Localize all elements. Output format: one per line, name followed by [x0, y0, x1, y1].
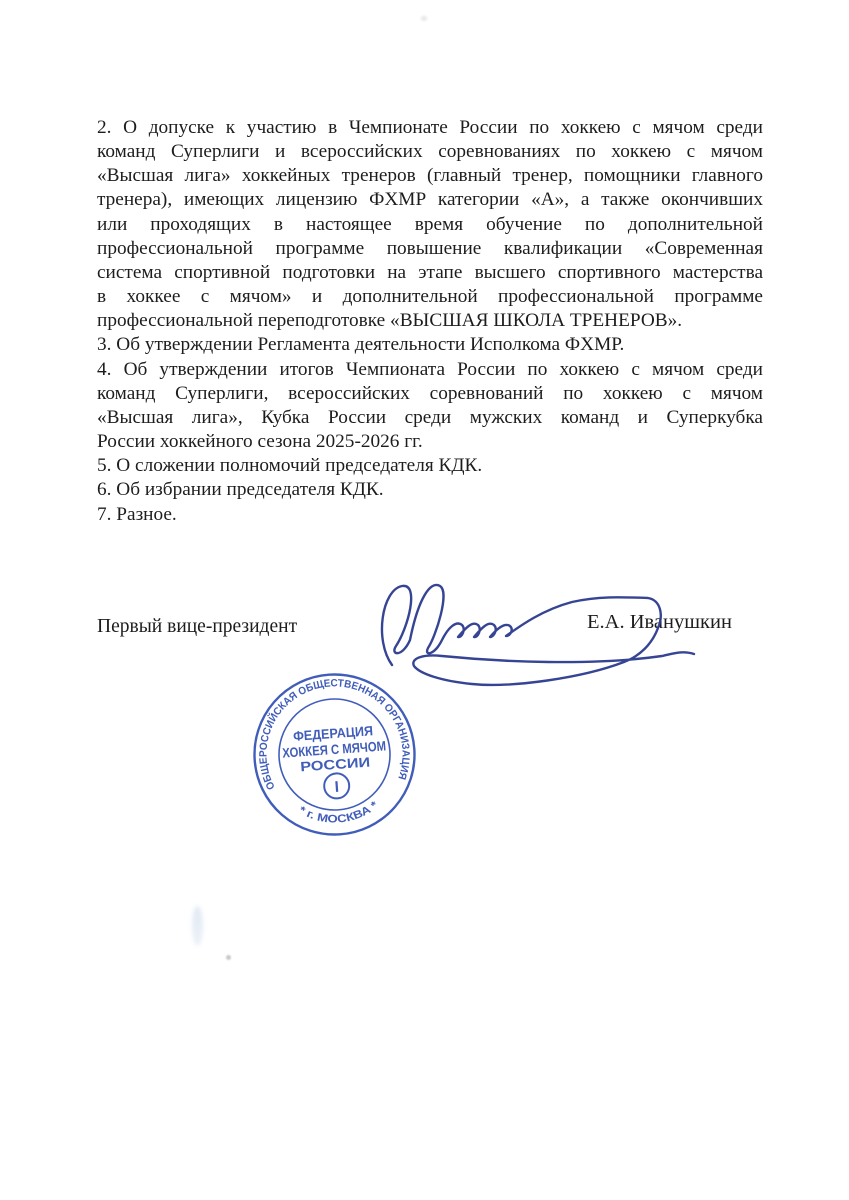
signature-ink — [372, 570, 707, 702]
scan-smudge — [192, 906, 203, 946]
agenda-line: команд Суперлиги, всероссийских соревнов… — [97, 382, 763, 406]
agenda-line: в хоккее с мячом» и дополнительной профе… — [97, 285, 763, 309]
stamp-inner-circle — [275, 695, 393, 813]
agenda-line: 7. Разное. — [97, 503, 763, 527]
agenda-line: 3. Об утверждении Регламента деятельност… — [97, 333, 763, 357]
signature-stroke — [382, 585, 694, 685]
document-page: 2. О допуске к участию в Чемпионате Росс… — [0, 0, 849, 1200]
svg-text:ОБЩЕРОССИЙСКАЯ ОБЩЕСТВЕННАЯ ОР: ОБЩЕРОССИЙСКАЯ ОБЩЕСТВЕННАЯ ОРГАНИЗАЦИЯ — [252, 672, 413, 792]
signer-name-label: Е.А. Иванушкин — [587, 611, 732, 634]
scan-dot — [421, 16, 427, 21]
agenda-item-7: 7. Разное. — [97, 503, 763, 527]
stamp-badge-letter: I — [334, 779, 339, 796]
stamp-ring-bottom-text: * г. МОСКВА * — [296, 798, 382, 828]
agenda-line: 6. Об избрании председателя КДК. — [97, 478, 763, 502]
stamp-outer-circle — [249, 669, 420, 840]
agenda-line: профессиональной переподготовке «ВЫСШАЯ … — [97, 309, 763, 333]
agenda-line: 4. Об утверждении итогов Чемпионата Росс… — [97, 358, 763, 382]
scan-dot — [226, 955, 231, 960]
stamp-ring-top-text: ОБЩЕРОССИЙСКАЯ ОБЩЕСТВЕННАЯ ОРГАНИЗАЦИЯ — [252, 672, 413, 792]
signer-role-label: Первый вице-президент — [97, 616, 297, 638]
svg-text:* г. МОСКВА *: * г. МОСКВА * — [296, 798, 382, 828]
agenda-item-4: 4. Об утверждении итогов Чемпионата Росс… — [97, 358, 763, 455]
agenda-item-3: 3. Об утверждении Регламента деятельност… — [97, 333, 763, 357]
agenda-line: «Высшая лига», Кубка России среди мужски… — [97, 406, 763, 430]
stamp-org-line2: ХОККЕЯ С МЯЧОМ — [282, 738, 387, 760]
stamp-org-line3: РОССИИ — [300, 755, 371, 775]
agenda-line: тренера), имеющих лицензию ФХМР категори… — [97, 188, 763, 212]
federation-stamp: ОБЩЕРОССИЙСКАЯ ОБЩЕСТВЕННАЯ ОРГАНИЗАЦИЯ … — [241, 661, 428, 848]
agenda-line: профессиональной программе повышение ква… — [97, 237, 763, 261]
agenda-line: России хоккейного сезона 2025-2026 гг. — [97, 430, 763, 454]
stamp-badge-circle — [323, 773, 350, 800]
agenda-line: система спортивной подготовки на этапе в… — [97, 261, 763, 285]
agenda-line: 5. О сложении полномочий председателя КД… — [97, 454, 763, 478]
agenda-list: 2. О допуске к участию в Чемпионате Росс… — [97, 116, 763, 527]
agenda-line: команд Суперлиги и всероссийских соревно… — [97, 140, 763, 164]
agenda-item-6: 6. Об избрании председателя КДК. — [97, 478, 763, 502]
stamp-org-line1: ФЕДЕРАЦИЯ — [293, 723, 374, 744]
agenda-line: или проходящих в настоящее время обучени… — [97, 213, 763, 237]
agenda-item-2: 2. О допуске к участию в Чемпионате Росс… — [97, 116, 763, 333]
agenda-item-5: 5. О сложении полномочий председателя КД… — [97, 454, 763, 478]
agenda-line: 2. О допуске к участию в Чемпионате Росс… — [97, 116, 763, 140]
agenda-line: «Высшая лига» хоккейных тренеров (главны… — [97, 164, 763, 188]
